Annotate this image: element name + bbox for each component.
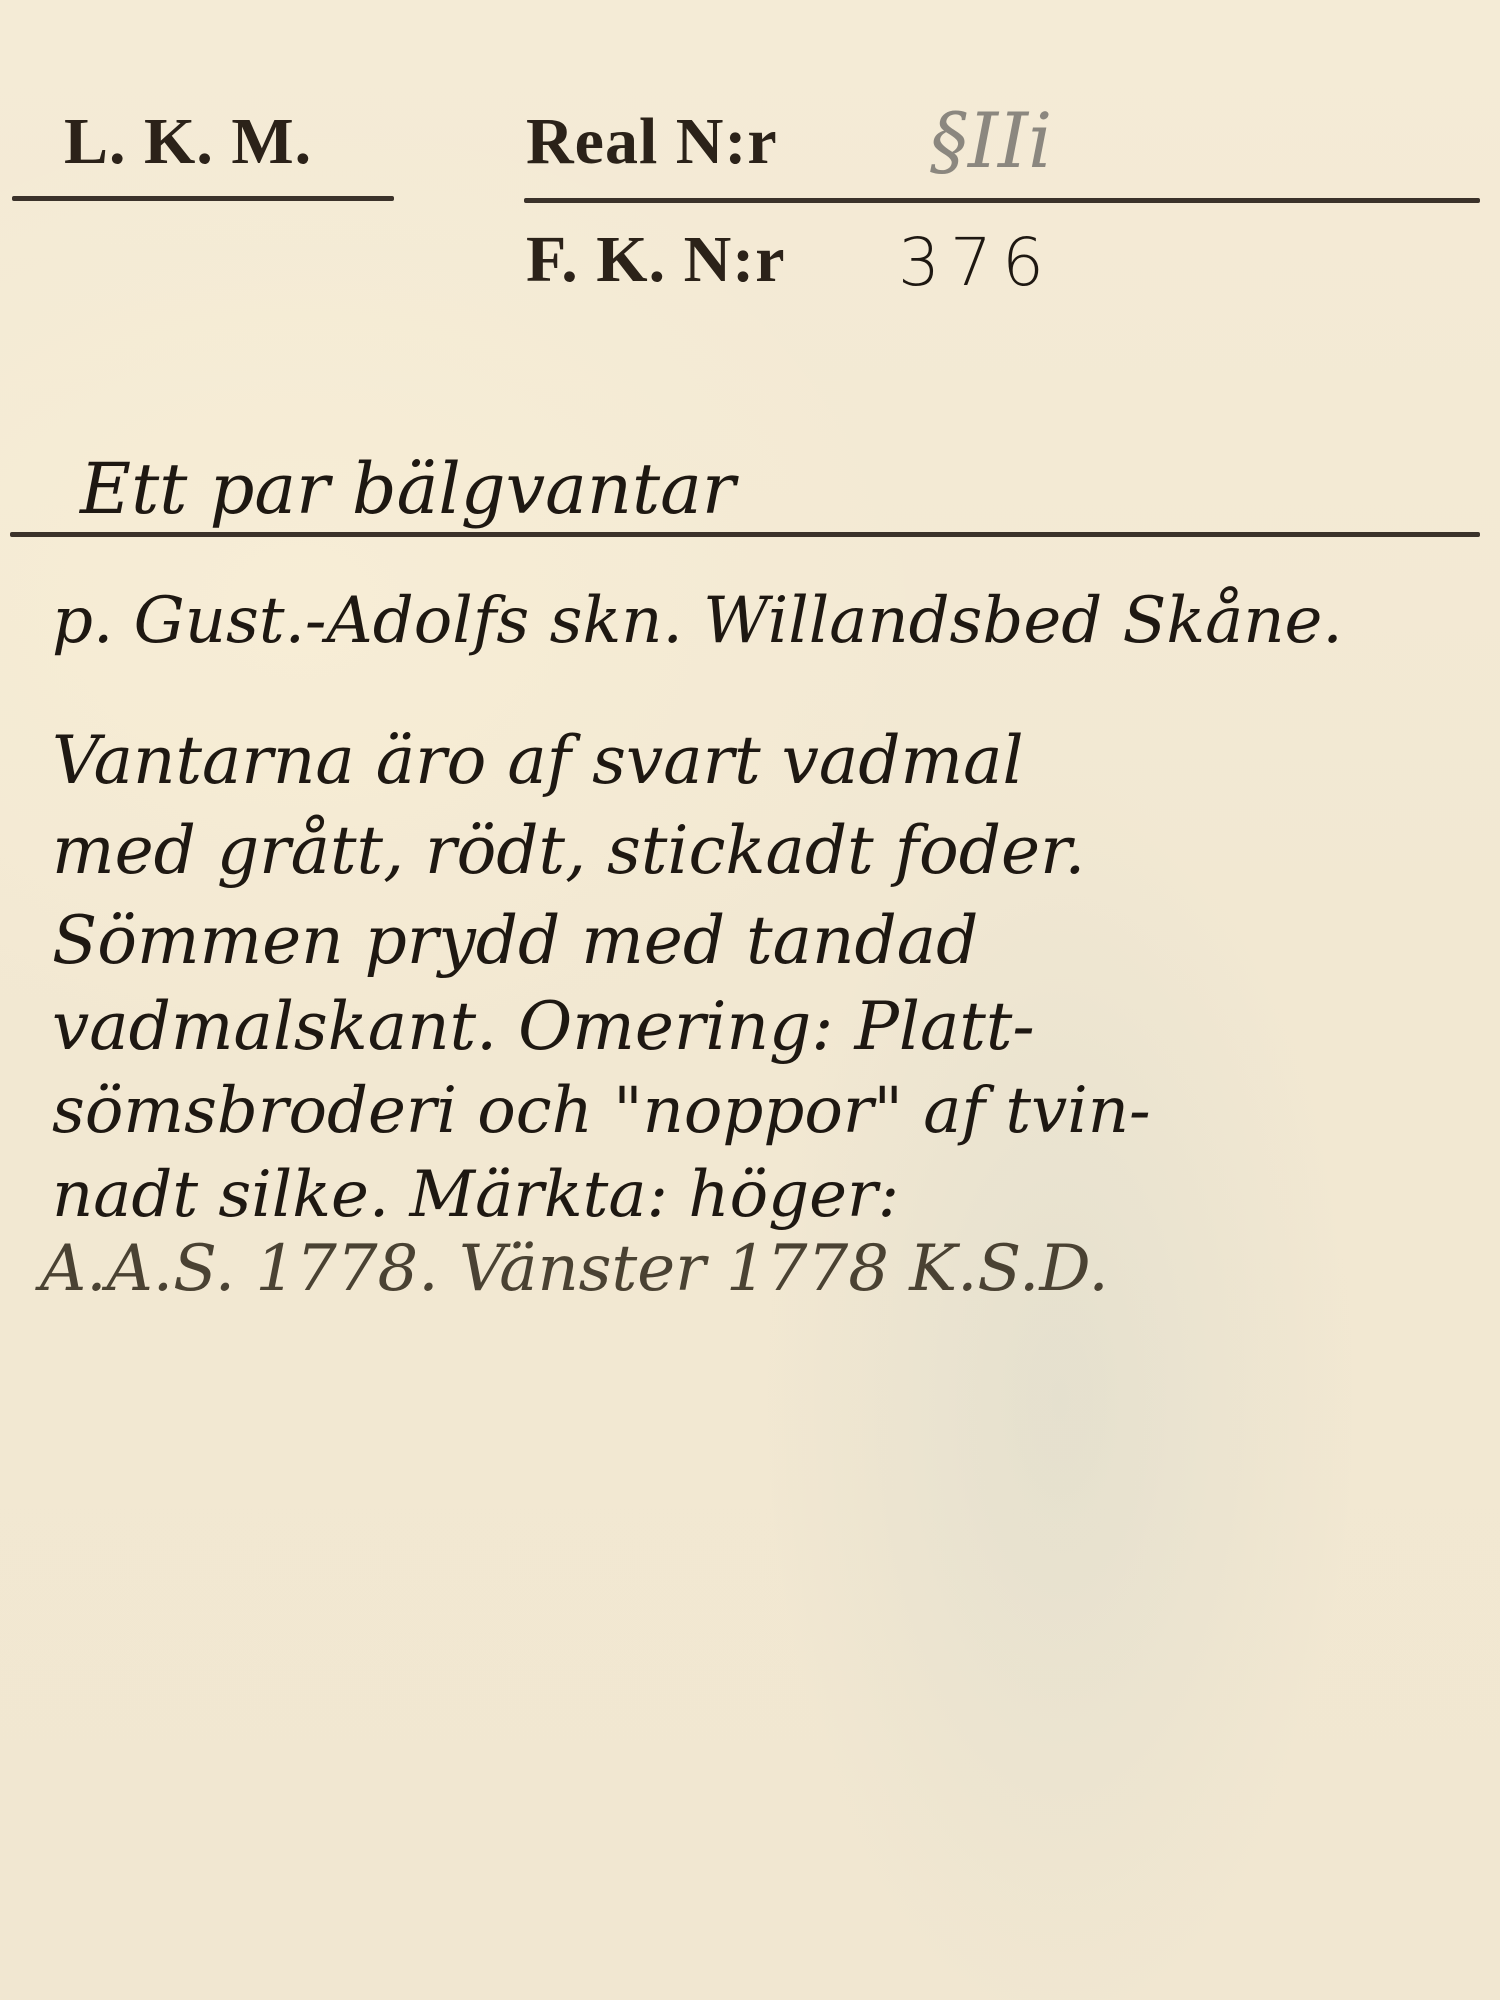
header-rule-left (12, 196, 394, 201)
title-rule (10, 532, 1480, 537)
description-line-5: sömsbroderi och "noppor" af tvin- (52, 1074, 1151, 1148)
fk-nr-value: 376 (898, 224, 1054, 301)
description-line-7: A.A.S. 1778. Vänster 1778 K.S.D. (40, 1232, 1109, 1306)
description-line-6: nadt silke. Märkta: höger: (52, 1158, 899, 1232)
description-line-2: med grått, rödt, stickadt foder. (52, 812, 1085, 889)
real-nr-value: §IIi (930, 96, 1052, 185)
item-title: Ett par bälgvantar (80, 448, 735, 530)
real-nr-label: Real N:r (526, 104, 778, 180)
provenance-line: p. Gust.-Adolfs skn. Willandsbed Skåne. (52, 584, 1343, 658)
institution-label: L. K. M. (64, 104, 312, 180)
fk-nr-label: F. K. N:r (526, 222, 786, 298)
description-line-1: Vantarna äro af svart vadmal (52, 722, 1024, 799)
header-rule-right (524, 198, 1480, 203)
description-line-4: vadmalskant. Omering: Platt- (52, 988, 1035, 1065)
description-line-3: Sömmen prydd med tandad (52, 902, 978, 979)
